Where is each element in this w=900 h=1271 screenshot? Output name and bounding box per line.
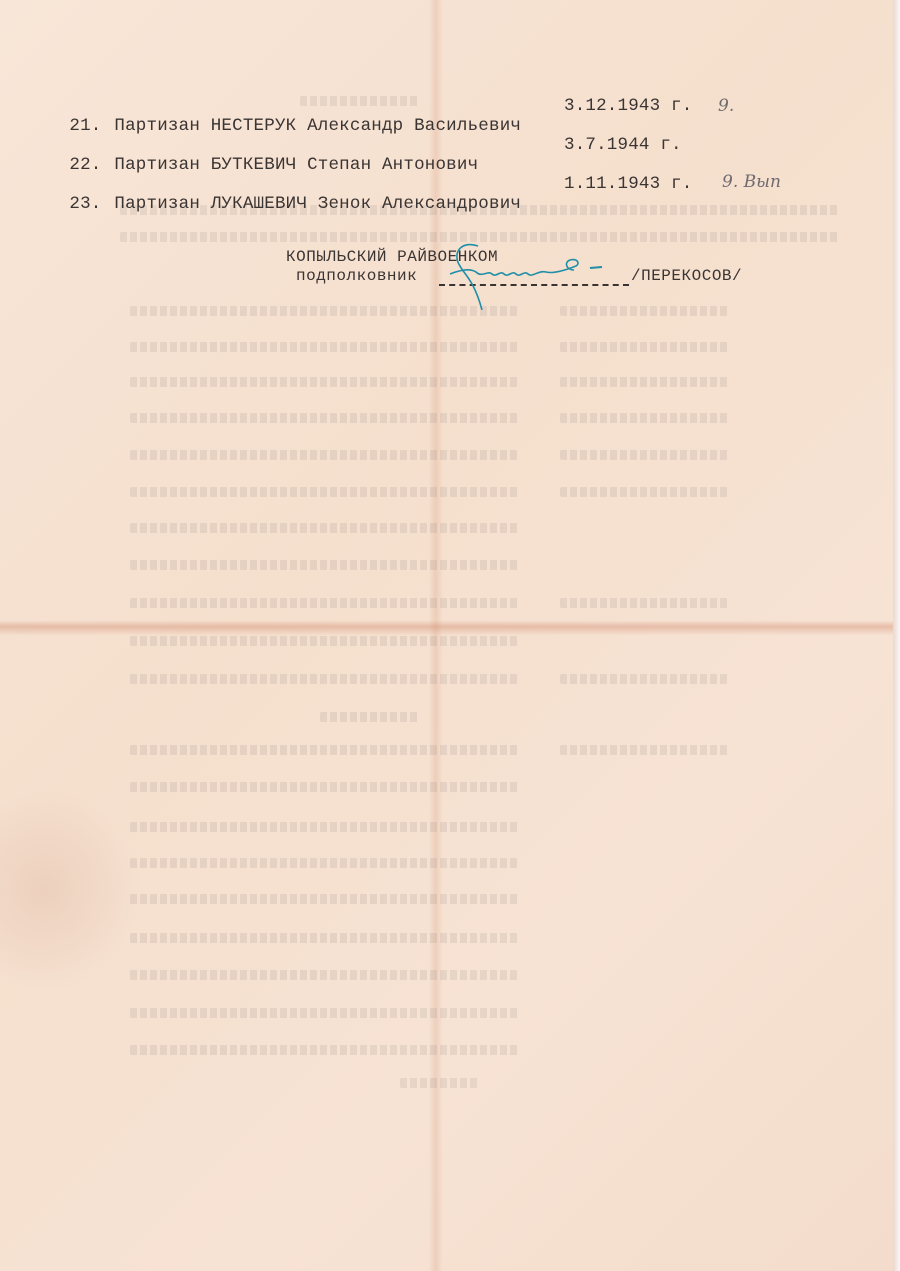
handwritten-note: 9. bbox=[718, 96, 734, 116]
entry-surname: БУТКЕВИЧ bbox=[211, 155, 297, 175]
entry-date: 3.7.1944 г. bbox=[564, 135, 682, 155]
entry-number: 23. bbox=[69, 194, 114, 214]
entry-given-names: Зенок Александрович bbox=[318, 194, 521, 214]
signer-name: /ПЕРЕКОСОВ/ bbox=[631, 267, 742, 285]
entry-number: 22. bbox=[69, 155, 114, 175]
entry-rank: Партизан bbox=[114, 116, 200, 136]
entry-date: 1.11.1943 г. bbox=[564, 174, 692, 194]
entry-given-names: Степан Антонович bbox=[307, 155, 478, 175]
handwritten-note: 9. Вып bbox=[722, 172, 781, 192]
list-entry-23: 23.Партизан ЛУКАШЕВИЧ Зенок Александрови… bbox=[48, 174, 521, 234]
entry-surname: ЛУКАШЕВИЧ bbox=[211, 194, 307, 214]
signer-rank: подполковник bbox=[296, 267, 417, 285]
entry-rank: Партизан bbox=[114, 155, 200, 175]
entry-date: 3.12.1943 г. bbox=[564, 96, 692, 116]
handwritten-signature bbox=[430, 240, 610, 310]
page-edge bbox=[893, 0, 900, 1271]
entry-surname: НЕСТЕРУК bbox=[211, 116, 297, 136]
entry-number: 21. bbox=[69, 116, 114, 136]
entry-rank: Партизан bbox=[114, 194, 200, 214]
entry-given-names: Александр Васильевич bbox=[307, 116, 521, 136]
